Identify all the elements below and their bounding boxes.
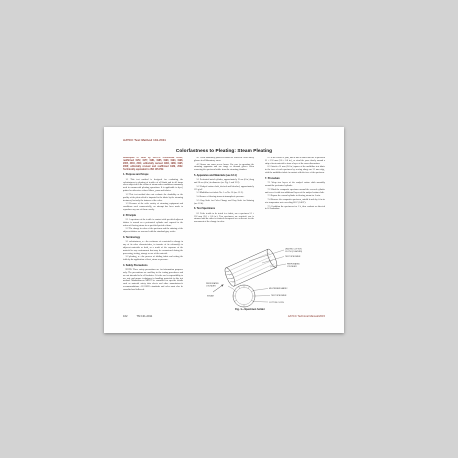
paragraph: 7.3 Expose the wound cylinder to flowing… xyxy=(265,195,325,198)
paragraph: 7.5 Condition the specimens for 1 h, the… xyxy=(265,206,325,212)
method-reference: AATCC Test Method 131-2011 xyxy=(123,138,166,142)
figure-label: TEST SPECIMEN xyxy=(285,256,301,258)
paragraph: 3.1 colorfastness, n.—the resistance of … xyxy=(123,241,183,255)
paragraph: 7.1 Wrap two layers of the undyed cotton… xyxy=(265,182,325,188)
figure-label: MULTIFIBER FABRIC xyxy=(269,287,288,290)
paragraph: 4.2 Steam can cause severe burns. Use ca… xyxy=(194,164,254,173)
paragraph: 6.2 If the textile is yarn, knit it into… xyxy=(265,157,325,166)
figure-specimen-holder: UNDYED COTTON CLOTH (2 LAYERS) TEST SPEC… xyxy=(204,241,328,309)
figure-caption: Fig. 1—Specimen holder xyxy=(204,308,296,311)
paragraph: 5.5 Gray Scale for Color Change and Gray… xyxy=(194,200,254,206)
paragraph: 7.4 Remove the composite specimen, unfol… xyxy=(265,199,325,205)
paragraph: 6.1 If the textile to be tested is a fab… xyxy=(194,213,254,224)
history-note: Developed in 1969 by AATCC Committee RA6… xyxy=(123,157,183,171)
paragraph: 1.2 This test method does not evaluate t… xyxy=(123,194,183,203)
section-heading: 4. Safety Precautions xyxy=(123,265,183,268)
section-heading: 6. Test Specimens xyxy=(194,208,254,211)
section-heading: 7. Procedure xyxy=(265,178,325,181)
footer-left: 162TM 131-2011 xyxy=(123,315,152,318)
paragraph: 5.2 Undyed cotton cloth, desized and ble… xyxy=(194,186,254,192)
paragraph: 2.2 The change in color of the specimen … xyxy=(123,228,183,234)
paragraph: 3.2 pleating, n.—the process of folding … xyxy=(123,256,183,262)
figure-label: CLOTH (2 LAYERS) xyxy=(285,250,302,253)
section-heading: 2. Principle xyxy=(123,215,183,218)
page-title: Colorfastness to Pleating: Steam Pleatin… xyxy=(104,148,344,153)
footer-manual-ref: AATCC Technical Manual/2015 xyxy=(288,315,325,318)
section-heading: 3. Terminology xyxy=(123,237,183,240)
paragraph: NOTE: These safety precautions are for i… xyxy=(123,269,183,292)
figure-label: COTTON CLOTH xyxy=(269,302,285,304)
text-column-2: 4.1 Good laboratory practices should be … xyxy=(194,157,254,241)
figure-label: STEAM xyxy=(207,295,214,298)
paragraph: 5.4 Source of flowing steam at atmospher… xyxy=(194,196,254,199)
text-column-1: Developed in 1969 by AATCC Committee RA6… xyxy=(123,157,183,315)
footer-method-ref: TM 131-2011 xyxy=(136,315,152,318)
paragraph: 5.1 Perforated metal cylinder, approxima… xyxy=(194,179,254,185)
specimen-holder-diagram: UNDYED COTTON CLOTH (2 LAYERS) TEST SPEC… xyxy=(204,241,328,309)
paragraph: 6.3 Attach a 51 mm (2.0 in.) square of t… xyxy=(265,166,325,175)
cylinder-drawing xyxy=(223,248,279,287)
section-heading: 1. Purpose and Scope xyxy=(123,174,183,177)
figure-label: CYLINDER xyxy=(206,286,216,288)
section-heading: 5. Apparatus and Materials (see 12.1) xyxy=(194,175,254,178)
figure-label: CYLINDER xyxy=(287,266,297,268)
end-view-drawing xyxy=(233,285,255,307)
paragraph: 1.3 Because of the wide variety of steam… xyxy=(123,203,183,212)
paragraph: 4.1 Good laboratory practices should be … xyxy=(194,157,254,163)
screenshot-background: AATCC Test Method 131-2011 Colorfastness… xyxy=(0,0,458,458)
paragraph: 5.3 Multifiber test fabric No. 1 or No. … xyxy=(194,192,254,195)
paragraph: 7.2 Wind the composite specimen around t… xyxy=(265,189,325,195)
document-page: AATCC Test Method 131-2011 Colorfastness… xyxy=(104,127,344,333)
paragraph: 2.1 A specimen of the textile in contact… xyxy=(123,219,183,228)
page-number: 162 xyxy=(123,315,127,318)
figure-label: TEST SPECIMEN xyxy=(271,295,287,297)
paragraph: 1.1 This test method is designed for eva… xyxy=(123,179,183,193)
